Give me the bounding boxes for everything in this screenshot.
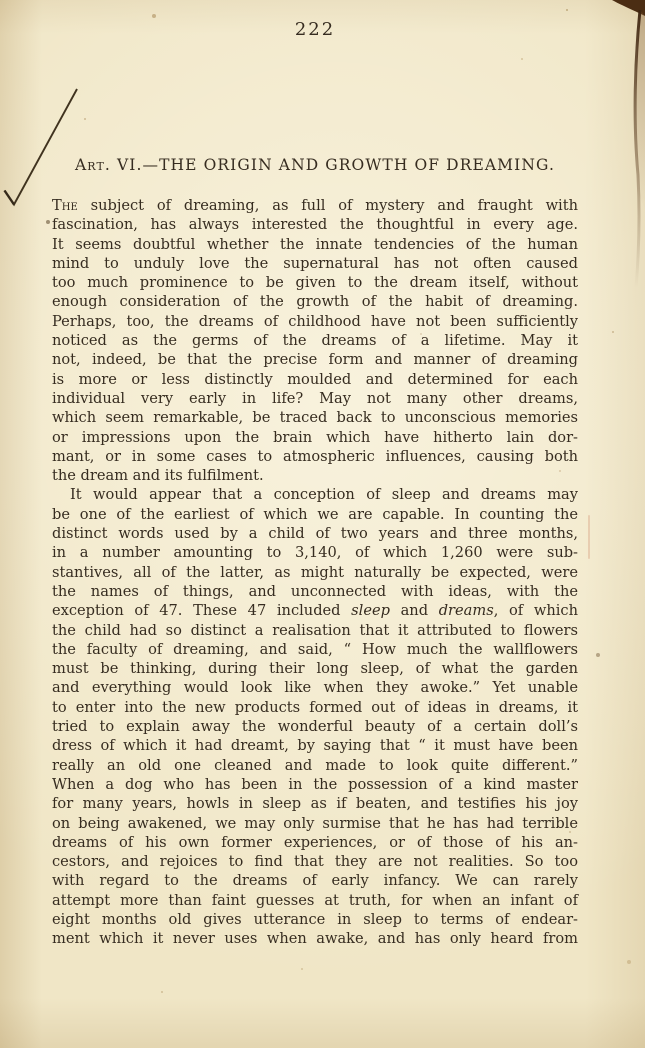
text-line: ment which it never uses when awake, and… bbox=[52, 929, 578, 948]
text-segment: is more or less distinctly moulded and d… bbox=[52, 371, 578, 388]
text-segment: It would appear that a conception of sle… bbox=[70, 486, 578, 503]
text-segment: Art. bbox=[75, 156, 111, 174]
text-segment: not, indeed, be that the precise form an… bbox=[52, 351, 578, 368]
text-segment: ment which it never uses when awake, and… bbox=[52, 930, 578, 947]
text-segment: tried to explain away the wonderful beau… bbox=[52, 718, 578, 735]
text-segment: too much prominence to be given to the d… bbox=[52, 274, 578, 291]
text-line: stantives, all of the latter, as might n… bbox=[52, 563, 578, 582]
text-line: tried to explain away the wonderful beau… bbox=[52, 717, 578, 736]
text-segment: and everything would look like when they… bbox=[52, 679, 578, 696]
text-segment: Perhaps, too, the dreams of childhood ha… bbox=[52, 313, 578, 330]
text-line: with regard to the dreams of early infan… bbox=[52, 871, 578, 890]
text-line: the faculty of dreaming, and said, “ How… bbox=[52, 640, 578, 659]
text-segment: eight months old gives utterance in slee… bbox=[52, 911, 578, 928]
text-segment: or impressions upon the brain which have… bbox=[52, 429, 578, 446]
text-segment: dress of which it had dreamt, by saying … bbox=[52, 737, 578, 754]
text-line: dress of which it had dreamt, by saying … bbox=[52, 736, 578, 755]
text-line: must be thinking, during their long slee… bbox=[52, 659, 578, 678]
text-segment: It seems doubtful whether the innate ten… bbox=[52, 236, 578, 253]
text-line: distinct words used by a child of two ye… bbox=[52, 524, 578, 543]
text-line: mant, or in some cases to atmospheric in… bbox=[52, 447, 578, 466]
text-segment: the faculty of dreaming, and said, “ How… bbox=[52, 641, 578, 658]
text-line: Perhaps, too, the dreams of childhood ha… bbox=[52, 312, 578, 331]
text-line: eight months old gives utterance in slee… bbox=[52, 910, 578, 929]
text-segment: with regard to the dreams of early infan… bbox=[52, 872, 578, 889]
text-segment: stantives, all of the latter, as might n… bbox=[52, 564, 578, 581]
page-body: The subject of dreaming, as full of myst… bbox=[52, 196, 578, 949]
paper-stain bbox=[588, 515, 590, 559]
text-segment: for many years, howls in sleep as if bea… bbox=[52, 795, 578, 812]
text-segment: exception of 47. These 47 included bbox=[52, 602, 351, 619]
checkmark-annotation-icon bbox=[0, 80, 90, 212]
text-line: dreams of his own former experiences, or… bbox=[52, 833, 578, 852]
text-line: to enter into the new products formed ou… bbox=[52, 698, 578, 717]
page-number: 222 bbox=[52, 19, 578, 40]
text-segment: sleep bbox=[351, 602, 390, 619]
text-line: be one of the earliest of which we are c… bbox=[52, 505, 578, 524]
text-line: attempt more than faint guesses at truth… bbox=[52, 891, 578, 910]
text-segment: which seem remarkable, be traced back to… bbox=[52, 409, 578, 426]
text-line: exception of 47. These 47 included sleep… bbox=[52, 601, 578, 620]
text-segment: must be thinking, during their long slee… bbox=[52, 660, 578, 677]
text-segment: in a number amounting to 3,140, of which… bbox=[52, 544, 578, 561]
text-segment: The bbox=[52, 197, 78, 214]
text-line: mind to unduly love the supernatural has… bbox=[52, 254, 578, 273]
text-line: on being awakened, we may only surmise t… bbox=[52, 814, 578, 833]
article-heading: Art. VI.—THE ORIGIN AND GROWTH OF DREAMI… bbox=[40, 156, 590, 174]
text-segment: dreams bbox=[439, 602, 494, 619]
text-line: enough consideration of the growth of th… bbox=[52, 292, 578, 311]
scanned-book-page: 222 Art. VI.—THE ORIGIN AND GROWTH OF DR… bbox=[0, 0, 645, 1048]
text-line: for many years, howls in sleep as if bea… bbox=[52, 794, 578, 813]
text-line: It would appear that a conception of sle… bbox=[52, 485, 578, 504]
text-line: the child had so distinct a realisation … bbox=[52, 621, 578, 640]
text-segment: attempt more than faint guesses at truth… bbox=[52, 892, 578, 909]
text-segment: the child had so distinct a realisation … bbox=[52, 622, 578, 639]
text-line: is more or less distinctly moulded and d… bbox=[52, 370, 578, 389]
text-segment: subject of dreaming, as full of mystery … bbox=[78, 197, 578, 214]
text-segment: dreams of his own former experiences, or… bbox=[52, 834, 578, 851]
text-line: too much prominence to be given to the d… bbox=[52, 273, 578, 292]
text-segment: VI.—THE ORIGIN AND GROWTH OF DREAMING. bbox=[111, 156, 555, 174]
text-line: not, indeed, be that the precise form an… bbox=[52, 350, 578, 369]
text-line: really an old one cleaned and made to lo… bbox=[52, 756, 578, 775]
text-line: It seems doubtful whether the innate ten… bbox=[52, 235, 578, 254]
text-segment: enough consideration of the growth of th… bbox=[52, 293, 578, 310]
torn-page-edge bbox=[595, 0, 645, 300]
text-line: the names of things, and unconnected wit… bbox=[52, 582, 578, 601]
text-line: cestors, and rejoices to find that they … bbox=[52, 852, 578, 871]
text-segment: the names of things, and unconnected wit… bbox=[52, 583, 578, 600]
text-segment: distinct words used by a child of two ye… bbox=[52, 525, 578, 542]
text-segment: cestors, and rejoices to find that they … bbox=[52, 853, 578, 870]
text-segment: and bbox=[390, 602, 439, 619]
text-segment: , of which bbox=[494, 602, 578, 619]
text-segment: on being awakened, we may only surmise t… bbox=[52, 815, 578, 832]
text-line: individual very early in life? May not m… bbox=[52, 389, 578, 408]
text-line: fascination, has always interested the t… bbox=[52, 215, 578, 234]
text-segment: noticed as the germs of the dreams of a … bbox=[52, 332, 578, 349]
text-line: which seem remarkable, be traced back to… bbox=[52, 408, 578, 427]
text-segment: be one of the earliest of which we are c… bbox=[52, 506, 578, 523]
text-segment: to enter into the new products formed ou… bbox=[52, 699, 578, 716]
text-line: or impressions upon the brain which have… bbox=[52, 428, 578, 447]
text-line: the dream and its fulfilment. bbox=[52, 466, 578, 485]
text-segment: mant, or in some cases to atmospheric in… bbox=[52, 448, 578, 465]
text-segment: fascination, has always interested the t… bbox=[52, 216, 578, 233]
text-line: noticed as the germs of the dreams of a … bbox=[52, 331, 578, 350]
text-segment: mind to unduly love the supernatural has… bbox=[52, 255, 578, 272]
paper-speckles bbox=[0, 0, 2, 2]
text-segment: really an old one cleaned and made to lo… bbox=[52, 757, 578, 774]
text-line: When a dog who has been in the possessio… bbox=[52, 775, 578, 794]
text-segment: the dream and its fulfilment. bbox=[52, 467, 264, 484]
text-segment: individual very early in life? May not m… bbox=[52, 390, 578, 407]
text-line: in a number amounting to 3,140, of which… bbox=[52, 543, 578, 562]
text-segment: When a dog who has been in the possessio… bbox=[52, 776, 578, 793]
text-line: and everything would look like when they… bbox=[52, 678, 578, 697]
text-line: The subject of dreaming, as full of myst… bbox=[52, 196, 578, 215]
